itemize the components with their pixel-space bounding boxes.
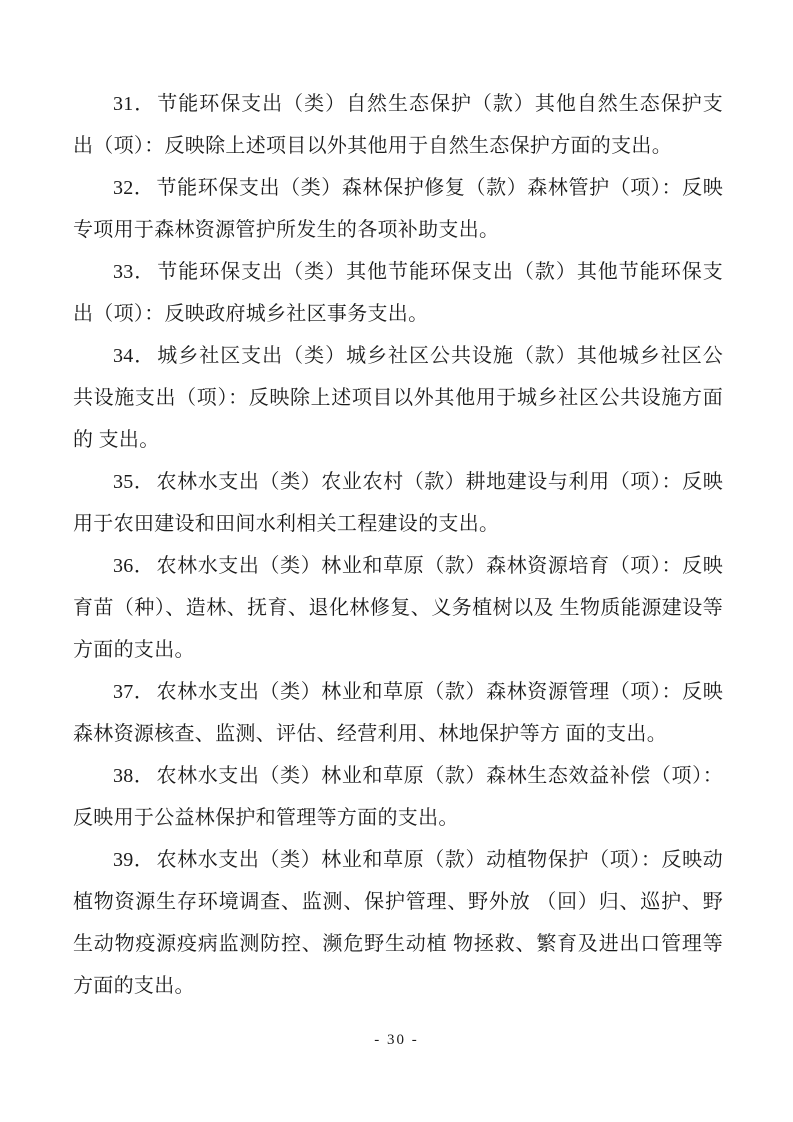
expense-item-32: 32．节能环保支出（类）森林保护修复（款）森林管护（项）：反映专项用于森林资源管… (73, 167, 723, 251)
expense-item-36: 36．农林水支出（类）林业和草原（款）森林资源培育（项）：反映育苗（种）、造林、… (73, 545, 723, 671)
item-text: 农林水支出（类）林业和草原（款）森林生态效益补偿（项）：反映用于公益林保护和管理… (73, 765, 723, 829)
item-text: 城乡社区支出（类）城乡社区公共设施（款）其他城乡社区公共设施支出（项）：反映除上… (73, 345, 723, 451)
expense-item-37: 37．农林水支出（类）林业和草原（款）森林资源管理（项）：反映森林资源核查、监测… (73, 671, 723, 755)
item-number: 33． (113, 261, 157, 283)
item-number: 32． (113, 177, 157, 199)
expense-item-35: 35．农林水支出（类）农业农村（款）耕地建设与利用（项）：反映用于农田建设和田间… (73, 461, 723, 545)
item-number: 31． (113, 93, 157, 115)
item-text: 节能环保支出（类）其他节能环保支出（款）其他节能环保支出（项）：反映政府城乡社区… (73, 261, 723, 325)
expense-item-38: 38．农林水支出（类）林业和草原（款）森林生态效益补偿（项）：反映用于公益林保护… (73, 755, 723, 839)
item-text: 农林水支出（类）林业和草原（款）森林资源培育（项）：反映育苗（种）、造林、抚育、… (73, 555, 723, 661)
item-text: 农林水支出（类）林业和草原（款）森林资源管理（项）：反映森林资源核查、监测、评估… (73, 681, 723, 745)
item-number: 36． (113, 555, 157, 577)
item-text: 节能环保支出（类）森林保护修复（款）森林管护（项）：反映专项用于森林资源管护所发… (73, 177, 723, 241)
item-number: 37． (113, 681, 157, 703)
item-text: 农林水支出（类）农业农村（款）耕地建设与利用（项）：反映用于农田建设和田间水利相… (73, 471, 723, 535)
page-footer: - 30 - (0, 1032, 793, 1049)
document-body: 31．节能环保支出（类）自然生态保护（款）其他自然生态保护支出（项）：反映除上述… (73, 83, 723, 1007)
expense-item-33: 33．节能环保支出（类）其他节能环保支出（款）其他节能环保支出（项）：反映政府城… (73, 251, 723, 335)
document-page: 31．节能环保支出（类）自然生态保护（款）其他自然生态保护支出（项）：反映除上述… (0, 0, 793, 1122)
expense-item-34: 34．城乡社区支出（类）城乡社区公共设施（款）其他城乡社区公共设施支出（项）：反… (73, 335, 723, 461)
item-text: 农林水支出（类）林业和草原（款）动植物保护（项）：反映动植物资源生存环境调查、监… (73, 849, 723, 997)
item-number: 39． (113, 849, 157, 871)
item-text: 节能环保支出（类）自然生态保护（款）其他自然生态保护支出（项）：反映除上述项目以… (73, 93, 723, 157)
item-number: 35． (113, 471, 157, 493)
item-number: 38． (113, 765, 157, 787)
item-number: 34． (113, 345, 157, 367)
expense-item-31: 31．节能环保支出（类）自然生态保护（款）其他自然生态保护支出（项）：反映除上述… (73, 83, 723, 167)
page-number: - 30 - (374, 1032, 419, 1048)
expense-item-39: 39．农林水支出（类）林业和草原（款）动植物保护（项）：反映动植物资源生存环境调… (73, 839, 723, 1007)
